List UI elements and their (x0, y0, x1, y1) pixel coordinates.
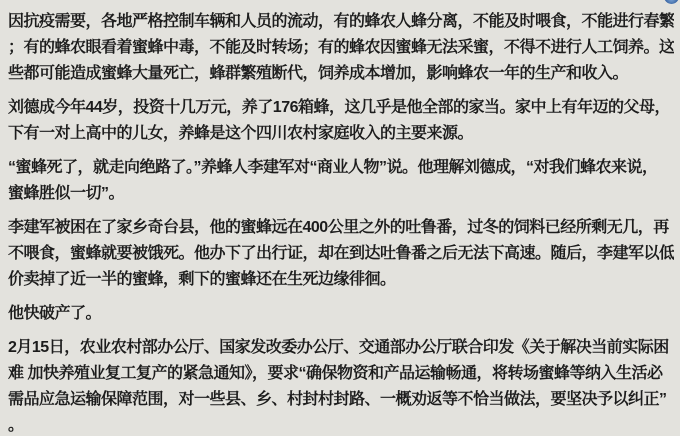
text-line: 些都可能造成蜜蜂大量死亡，蜂群繁殖断代，饲养成本增加，影响蜂农一年的生产和收入。 (8, 61, 674, 87)
paragraph: 刘德成今年44岁，投资十几万元，养了176箱蜂，这几乎是他全部的家当。家中上有年… (8, 95, 674, 147)
paragraph: 他快破产了。 (8, 301, 674, 327)
article-text: 因抗疫需要，各地严格控制车辆和人员的流动，有的蜂农人蜂分离，不能及时喂食，不能进… (0, 0, 680, 436)
text-line: 李建军被困在了家乡奇台县，他的蜜蜂远在400公里之外的吐鲁番，过冬的饲料已经所剩… (8, 215, 674, 241)
text-line: 下有一对上高中的儿女，养蜂是这个四川农村家庭收入的主要来源。 (8, 121, 674, 147)
text-line: 2月15日，农业农村部办公厅、国家发改委办公厅、交通部办公厅联合印发《关于解决当… (8, 335, 674, 361)
paragraph: 2月15日，农业农村部办公厅、国家发改委办公厅、交通部办公厅联合印发《关于解决当… (8, 335, 674, 436)
text-line: 价卖掉了近一半的蜜蜂，剩下的蜜蜂还在生死边缘徘徊。 (8, 267, 674, 293)
text-line: 。 (8, 413, 674, 436)
paragraph: “蜜蜂死了，就走向绝路了。”养蜂人李建军对“商业人物”说。他理解刘德成，“对我们… (8, 155, 674, 207)
paragraph: 李建军被困在了家乡奇台县，他的蜜蜂远在400公里之外的吐鲁番，过冬的饲料已经所剩… (8, 215, 674, 293)
text-line: ；有的蜂农眼看着蜜蜂中毒，不能及时转场；有的蜂农因蜜蜂无法采蜜，不得不进行人工饲… (8, 35, 674, 61)
text-line: 难 加快养殖业复工复产的紧急通知》，要求“确保物资和产品运输畅通，将转场蜜蜂等纳… (8, 361, 674, 387)
text-line: 因抗疫需要，各地严格控制车辆和人员的流动，有的蜂农人蜂分离，不能及时喂食，不能进… (8, 9, 674, 35)
text-line: “蜜蜂死了，就走向绝路了。”养蜂人李建军对“商业人物”说。他理解刘德成，“对我们… (8, 155, 674, 181)
text-line: 刘德成今年44岁，投资十几万元，养了176箱蜂，这几乎是他全部的家当。家中上有年… (8, 95, 674, 121)
text-line: 蜜蜂胜似一切”。 (8, 181, 674, 207)
text-line: 不喂食，蜜蜂就要被饿死。他办下了出行证，却在到达吐鲁番之后无法下高速。随后，李建… (8, 241, 674, 267)
text-line: 需品应急运输保障范围，对一些县、乡、村封村封路、一概劝返等不恰当做法，要坚决予以… (8, 387, 674, 413)
text-line: 他快破产了。 (8, 301, 674, 327)
paragraph: 因抗疫需要，各地严格控制车辆和人员的流动，有的蜂农人蜂分离，不能及时喂食，不能进… (8, 9, 674, 87)
article-screenshot: { "page": { "background_color": "#e3e2dd… (0, 0, 680, 436)
